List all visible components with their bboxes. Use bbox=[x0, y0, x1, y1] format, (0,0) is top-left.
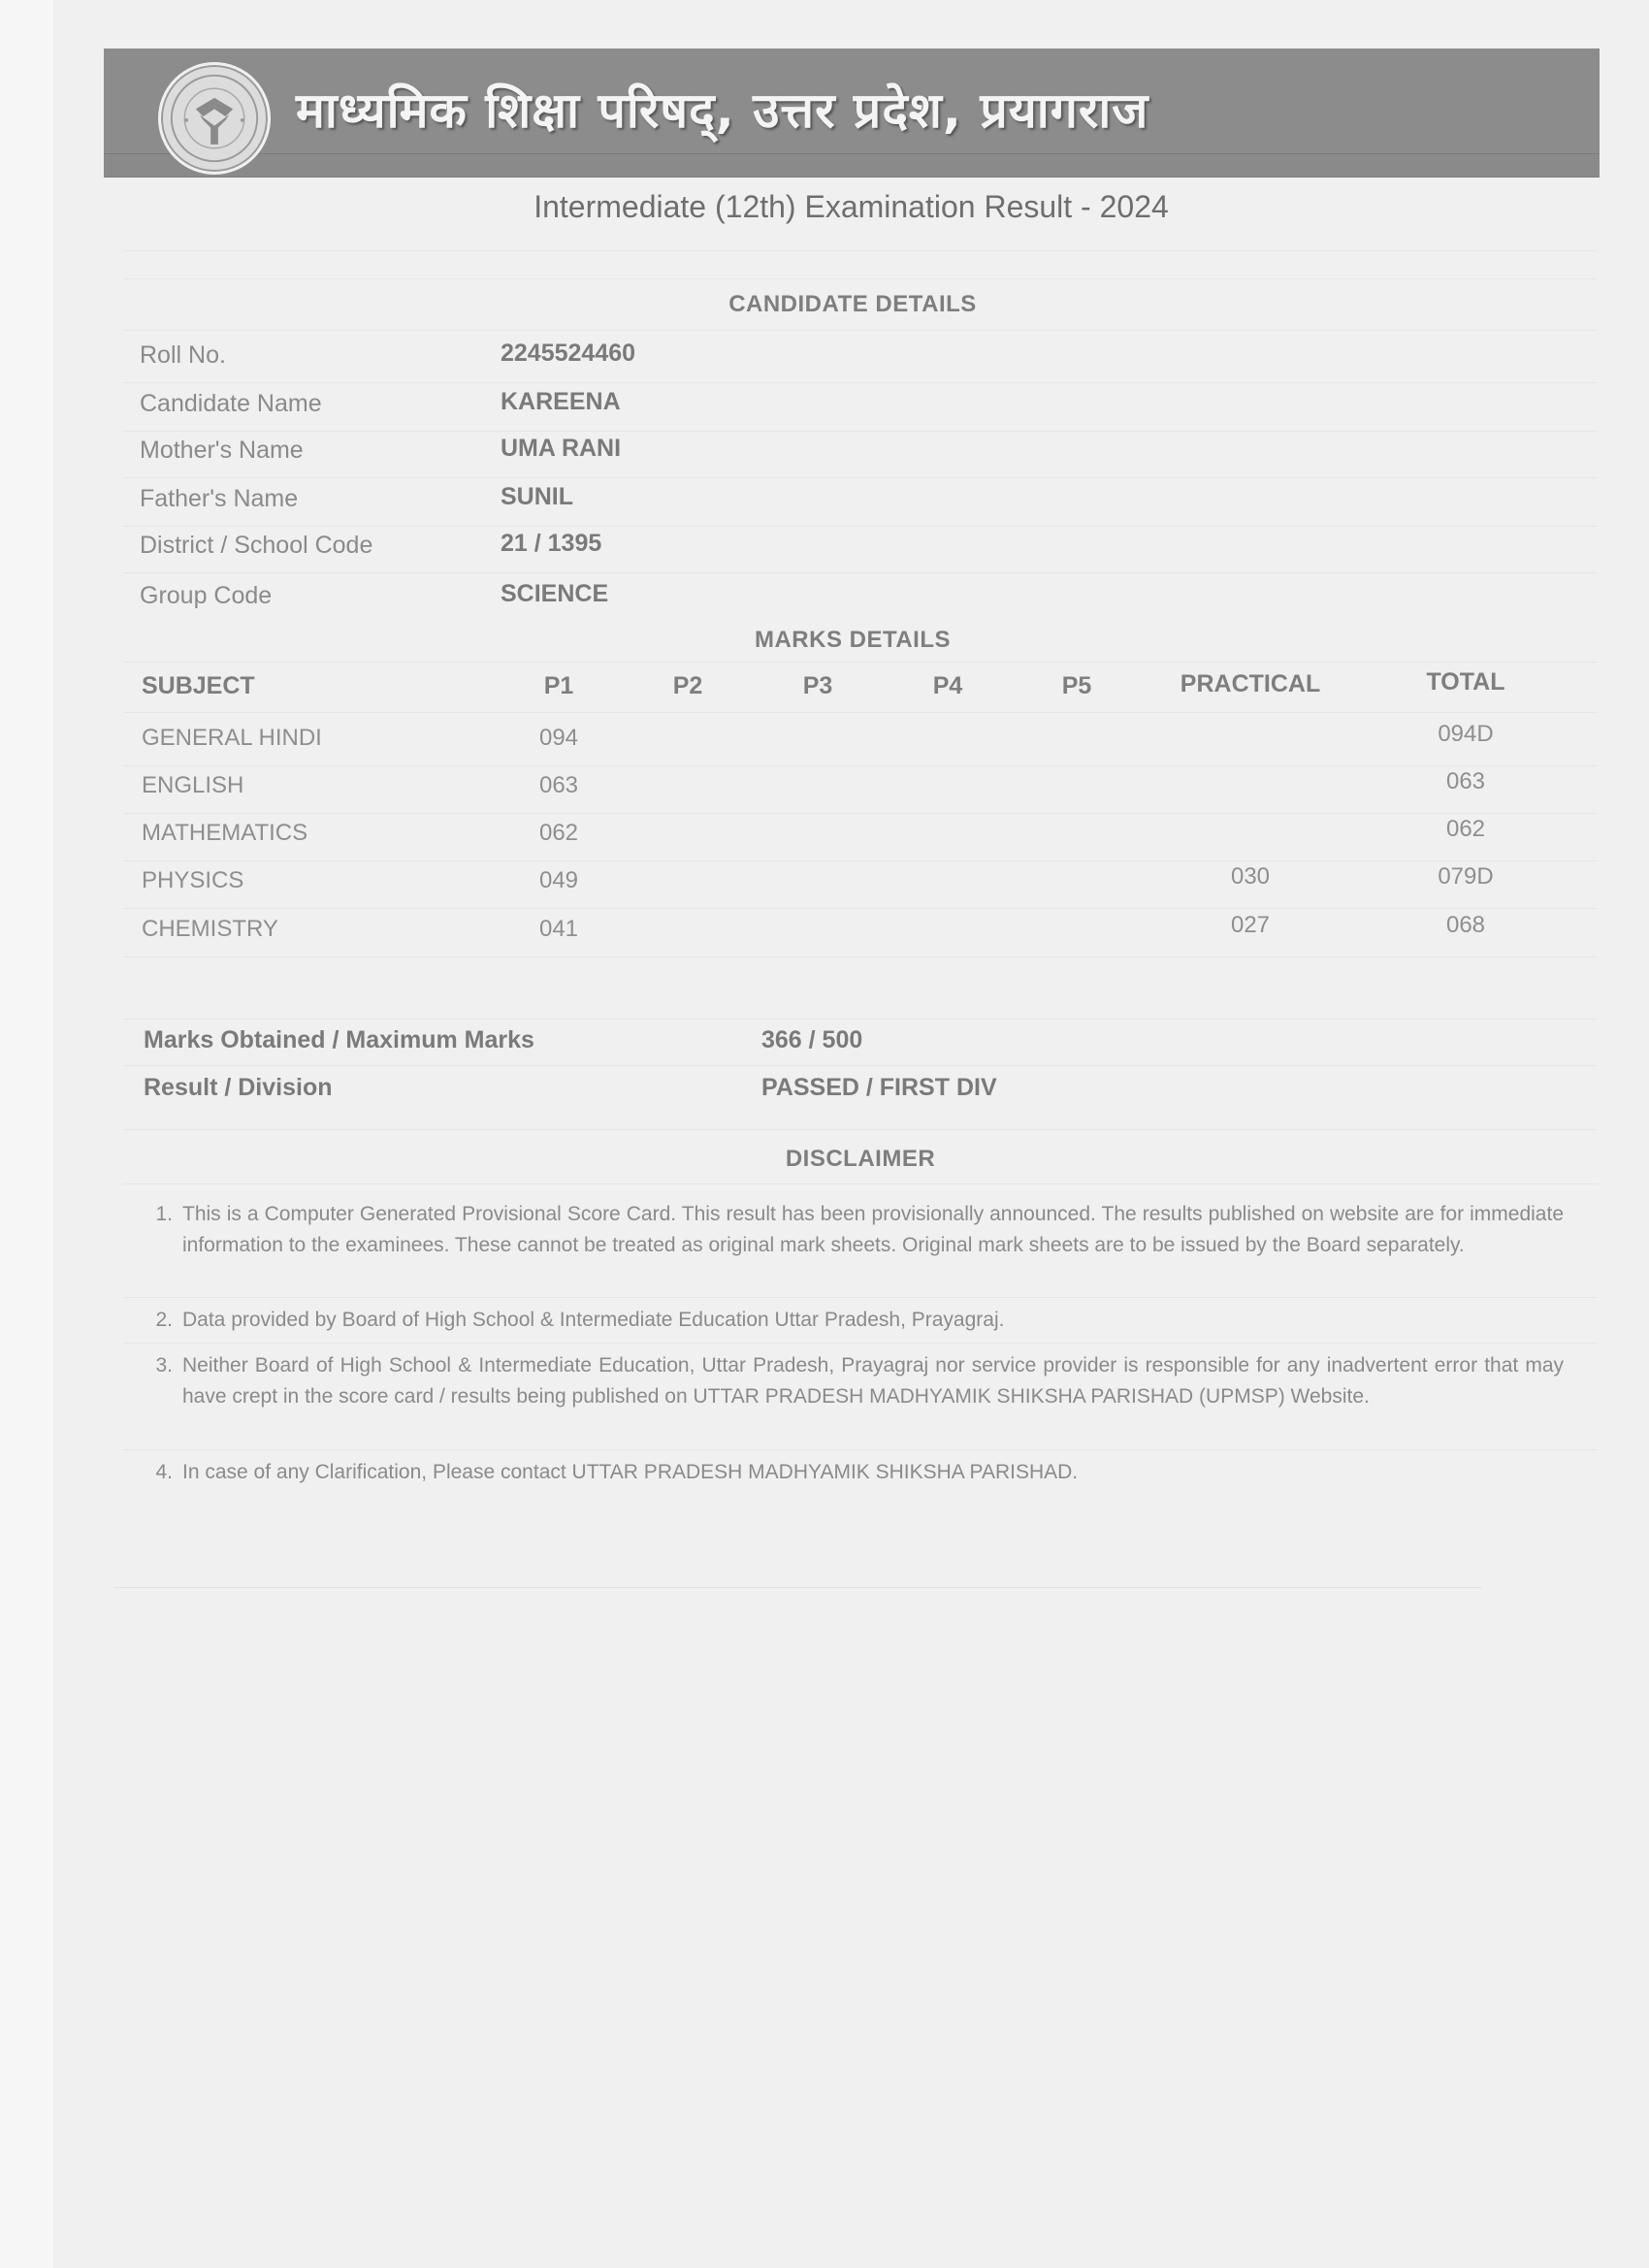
candidate-field-value: KAREENA bbox=[501, 388, 621, 416]
divider bbox=[123, 382, 1598, 383]
divider bbox=[123, 712, 1598, 713]
cell-subject: PHYSICS bbox=[142, 867, 243, 894]
candidate-field-row: Father's NameSUNIL bbox=[140, 485, 1595, 524]
candidate-field-row: District / School Code21 / 1395 bbox=[140, 532, 1595, 570]
cell-practical: 030 bbox=[1231, 863, 1270, 891]
cell-p1: 062 bbox=[539, 820, 578, 847]
candidate-field-value: SUNIL bbox=[501, 483, 573, 511]
column-header-practical: PRACTICAL bbox=[1180, 670, 1320, 698]
divider bbox=[123, 1019, 1598, 1020]
divider bbox=[114, 1587, 1482, 1588]
table-row: ENGLISH063063 bbox=[142, 772, 1597, 819]
cell-subject: GENERAL HINDI bbox=[142, 725, 322, 752]
candidate-field-label: District / School Code bbox=[140, 532, 372, 560]
divider bbox=[123, 250, 1598, 251]
divider bbox=[123, 908, 1598, 909]
cell-practical: 027 bbox=[1231, 912, 1270, 939]
disclaimer-title: DISCLAIMER bbox=[8, 1146, 1649, 1173]
up-govt-emblem-icon bbox=[158, 62, 271, 175]
column-header-p2: P2 bbox=[673, 672, 703, 700]
disclaimer-number: 3. bbox=[145, 1350, 182, 1412]
cell-subject: CHEMISTRY bbox=[142, 916, 278, 943]
scan-edge bbox=[0, 0, 52, 2268]
cell-p1: 063 bbox=[539, 772, 578, 799]
board-name-hindi: माध्यमिक शिक्षा परिषद्, उत्तर प्रदेश, प्… bbox=[296, 76, 1148, 142]
divider bbox=[123, 278, 1598, 279]
divider bbox=[123, 1065, 1598, 1066]
disclaimer-number: 4. bbox=[145, 1457, 182, 1488]
column-header-p1: P1 bbox=[544, 672, 574, 700]
disclaimer-text: In case of any Clarification, Please con… bbox=[182, 1457, 1564, 1488]
cell-total: 094D bbox=[1438, 721, 1493, 748]
candidate-field-label: Father's Name bbox=[140, 485, 298, 513]
disclaimer-item: 1.This is a Computer Generated Provision… bbox=[145, 1199, 1564, 1261]
disclaimer-text: Data provided by Board of High School & … bbox=[182, 1305, 1564, 1336]
divider bbox=[123, 860, 1598, 861]
disclaimer-item: 2.Data provided by Board of High School … bbox=[145, 1305, 1564, 1336]
cell-total: 062 bbox=[1446, 816, 1485, 843]
candidate-field-row: Candidate NameKAREENA bbox=[140, 390, 1595, 429]
cell-p1: 041 bbox=[539, 916, 578, 943]
disclaimer-item: 4.In case of any Clarification, Please c… bbox=[145, 1457, 1564, 1488]
candidate-field-label: Candidate Name bbox=[140, 390, 322, 418]
table-row: PHYSICS049030079D bbox=[142, 867, 1597, 914]
disclaimer-text: Neither Board of High School & Intermedi… bbox=[182, 1350, 1564, 1412]
candidate-field-value: 21 / 1395 bbox=[501, 530, 601, 558]
result-division-label: Result / Division bbox=[144, 1074, 332, 1102]
candidate-field-value: SCIENCE bbox=[501, 580, 608, 608]
divider bbox=[123, 1449, 1598, 1450]
table-row: MATHEMATICS062062 bbox=[142, 820, 1597, 866]
divider bbox=[123, 477, 1598, 478]
candidate-field-value: 2245524460 bbox=[501, 340, 635, 368]
disclaimer-item: 3.Neither Board of High School & Interme… bbox=[145, 1350, 1564, 1412]
marks-obtained-label: Marks Obtained / Maximum Marks bbox=[144, 1026, 534, 1054]
marks-obtained-value: 366 / 500 bbox=[761, 1026, 862, 1054]
result-division-value: PASSED / FIRST DIV bbox=[761, 1074, 997, 1102]
header-band-strip bbox=[104, 153, 1600, 177]
divider bbox=[123, 956, 1598, 957]
column-header-subject: SUBJECT bbox=[142, 672, 255, 700]
candidate-field-label: Group Code bbox=[140, 582, 272, 610]
candidate-section-title: CANDIDATE DETAILS bbox=[0, 291, 1649, 318]
exam-title: Intermediate (12th) Examination Result -… bbox=[0, 189, 1649, 225]
column-header-p3: P3 bbox=[803, 672, 833, 700]
divider bbox=[123, 1343, 1598, 1344]
column-header-total: TOTAL bbox=[1426, 668, 1504, 697]
candidate-field-row: Mother's NameUMA RANI bbox=[140, 437, 1595, 475]
divider bbox=[123, 572, 1598, 573]
disclaimer-number: 1. bbox=[145, 1199, 182, 1261]
divider bbox=[123, 1297, 1598, 1298]
divider bbox=[123, 813, 1598, 814]
table-row: GENERAL HINDI094094D bbox=[142, 725, 1597, 771]
column-header-p4: P4 bbox=[933, 672, 963, 700]
divider bbox=[123, 330, 1598, 331]
disclaimer-text: This is a Computer Generated Provisional… bbox=[182, 1199, 1564, 1261]
column-header-p5: P5 bbox=[1062, 672, 1092, 700]
emblem-graphic bbox=[168, 72, 261, 165]
cell-subject: MATHEMATICS bbox=[142, 820, 307, 847]
divider bbox=[123, 662, 1598, 663]
cell-p1: 094 bbox=[539, 725, 578, 752]
cell-total: 068 bbox=[1446, 912, 1485, 939]
candidate-field-label: Roll No. bbox=[140, 341, 226, 370]
result-page: माध्यमिक शिक्षा परिषद्, उत्तर प्रदेश, प्… bbox=[0, 0, 1649, 2268]
divider bbox=[123, 1183, 1598, 1184]
cell-total: 063 bbox=[1446, 768, 1485, 795]
cell-p1: 049 bbox=[539, 867, 578, 894]
marks-section-title: MARKS DETAILS bbox=[0, 627, 1649, 654]
table-row: CHEMISTRY041027068 bbox=[142, 916, 1597, 962]
candidate-field-row: Roll No.2245524460 bbox=[140, 341, 1595, 380]
divider bbox=[123, 765, 1598, 766]
cell-total: 079D bbox=[1438, 863, 1493, 891]
candidate-field-label: Mother's Name bbox=[140, 437, 304, 465]
candidate-field-row: Group CodeSCIENCE bbox=[140, 582, 1595, 621]
divider bbox=[123, 526, 1598, 527]
disclaimer-number: 2. bbox=[145, 1305, 182, 1336]
cell-subject: ENGLISH bbox=[142, 772, 243, 799]
divider bbox=[123, 431, 1598, 432]
divider bbox=[123, 1129, 1598, 1130]
candidate-field-value: UMA RANI bbox=[501, 435, 621, 463]
